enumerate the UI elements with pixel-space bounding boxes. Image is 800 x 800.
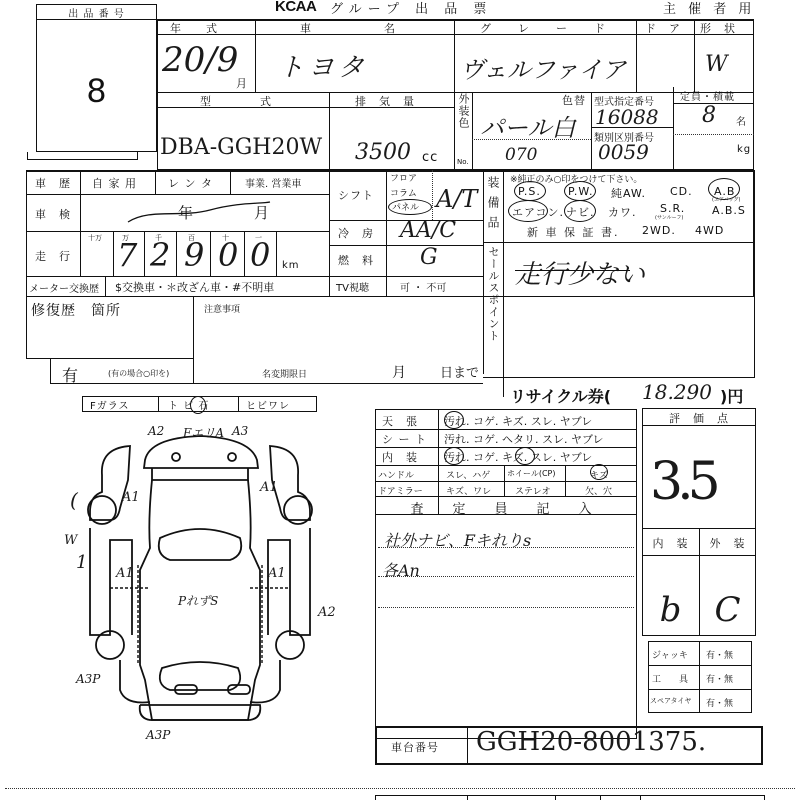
shape-value[interactable]: W	[705, 52, 728, 77]
make-label: 車 名	[300, 20, 405, 36]
airbag-circle	[708, 178, 740, 200]
mark-rear-left[interactable]: A3P	[76, 672, 100, 686]
spare-tire-options[interactable]: 有・無	[706, 696, 733, 709]
mark-left-fender[interactable]: A1	[122, 490, 140, 505]
shift-option-column[interactable]: コラム	[390, 186, 417, 199]
repair-label: 修復歴 箇所	[31, 300, 121, 320]
mark-right-rear[interactable]: A2	[318, 605, 336, 620]
jack-options[interactable]: 有・無	[706, 648, 733, 661]
mark-front-left[interactable]: A2	[148, 424, 164, 438]
pw-circle	[564, 181, 596, 201]
name-change-deadline-label: 名変期限日	[262, 367, 307, 380]
grade-label: グ レ ー ド	[480, 20, 613, 36]
tv-label: TV視聴	[336, 279, 369, 294]
mark-right-door[interactable]: A1	[268, 566, 286, 581]
cut-line	[5, 788, 795, 789]
color-no-label: No.	[457, 158, 469, 166]
mileage-digit[interactable]: 7	[117, 236, 137, 274]
inspector-note-line[interactable]: 社外ナビ、Fキれりs	[384, 528, 531, 551]
ps-circle	[514, 181, 546, 201]
fuel-label: 燃 料	[338, 252, 374, 268]
equipment-alloy-wheel[interactable]: 純AW.	[611, 185, 646, 201]
interior-row-label: 天 張	[382, 413, 418, 429]
mark-left-side-1[interactable]: (	[70, 488, 78, 512]
repair-note: (有の場合○印を)	[108, 368, 169, 379]
interior-row-label: シ ー ト	[382, 431, 427, 447]
sale-points-label: セールスポイント	[487, 246, 500, 342]
color-code[interactable]: 070	[505, 145, 537, 165]
equipment-4wd[interactable]: 4WD	[695, 224, 724, 237]
grade-value[interactable]: ヴェルファイア	[460, 50, 626, 85]
interior-grade-label: 内 装	[642, 535, 699, 551]
model-value[interactable]: DBA-GGH20W	[160, 135, 322, 160]
inspector-label: 査 定 員 記 入	[385, 498, 625, 517]
mark-right-fender[interactable]: A1	[260, 480, 278, 495]
ac-label: 冷 房	[338, 225, 374, 241]
equipment-leather[interactable]: カワ.	[608, 204, 637, 220]
organizer-use-label: 主 催 者 用	[663, 0, 755, 17]
chassis-number-label: 車台番号	[391, 739, 439, 755]
shift-label: シフト	[338, 187, 374, 203]
caution-label: 注意事項	[204, 302, 240, 315]
displacement-unit: cc	[422, 150, 438, 165]
year-value[interactable]: 20/9	[162, 40, 238, 80]
overall-score[interactable]: 3.5	[650, 452, 715, 512]
history-option-private[interactable]: 自 家 用	[92, 175, 137, 191]
mileage-digit[interactable]: 0	[250, 236, 270, 274]
recycle-value[interactable]: 18.290	[642, 380, 712, 404]
tools-options[interactable]: 有・無	[706, 672, 733, 685]
shape-label: 形 状	[700, 20, 736, 36]
equipment-cd[interactable]: CD.	[670, 185, 693, 198]
shift-panel-circle	[388, 199, 432, 215]
equipment-abs[interactable]: A.B.S	[712, 204, 746, 217]
mileage-digit[interactable]: 9	[184, 236, 204, 274]
history-label: 車 歴	[35, 175, 71, 191]
recycle-fee: リサイクル券( 18.290 )円	[510, 382, 760, 406]
windshield-crack-option[interactable]: ヒビワレ	[246, 397, 290, 412]
inspection-label: 車 検	[35, 206, 71, 222]
mileage-digit[interactable]: 0	[218, 236, 238, 274]
capacity-value[interactable]: 8	[702, 103, 716, 128]
type-designation-value[interactable]: 16088	[595, 105, 659, 129]
scratch-circle	[515, 447, 535, 465]
mark-front-right[interactable]: A3	[232, 424, 248, 438]
category-value[interactable]: 0059	[598, 140, 649, 164]
sale-points-value[interactable]: 走行少ない	[515, 254, 645, 291]
jack-label: ジャッキ	[652, 648, 688, 661]
fuel-value[interactable]: G	[420, 245, 438, 270]
deadline-month[interactable]: 月	[392, 362, 407, 382]
capacity-unit: 名	[736, 113, 747, 128]
ac-circle	[508, 200, 548, 222]
displacement-value[interactable]: 3500	[355, 140, 411, 165]
header: KCAA グループ 出 品 票 主 催 者 用	[275, 0, 795, 16]
exterior-grade-value[interactable]: C	[699, 590, 756, 630]
make-value[interactable]: トヨタ	[278, 47, 368, 84]
interior-row-options[interactable]: 汚れ. コゲ. キズ. スレ. ヤブレ	[444, 413, 592, 429]
capacity-label: 定員・積載	[680, 88, 735, 103]
displacement-label: 排 気 量	[355, 93, 415, 109]
recycle-unit: )円	[720, 384, 743, 407]
windshield-glass-label: Fガラス	[90, 397, 129, 412]
lot-number-value: 8	[36, 72, 157, 111]
mileage-digit[interactable]: 2	[150, 236, 170, 274]
tools-label: 工 具	[652, 672, 688, 685]
exterior-grade-label: 外 装	[699, 535, 756, 551]
recycle-label: リサイクル券(	[510, 384, 611, 407]
mileage-label: 走 行	[35, 248, 71, 264]
tv-options[interactable]: 可 ・ 不可	[400, 279, 446, 294]
door-mirror-options[interactable]: キズ、ワレ	[446, 484, 491, 497]
equipment-label: 装備品	[486, 176, 500, 236]
meter-change-options[interactable]: $交換車・＊改ざん車・#不明車	[115, 279, 274, 295]
chip-circle	[190, 396, 206, 414]
brand-logo: KCAA	[275, 0, 316, 15]
interior-grade-value[interactable]: b	[642, 590, 699, 630]
equipment-sunroof-sub: (サンルーフ)	[655, 214, 683, 221]
exterior-color-label: 外装色	[457, 93, 469, 129]
year-label: 年 式	[170, 20, 218, 36]
score-label: 評 価 点	[642, 410, 756, 426]
handle-label: ハンドル	[378, 468, 414, 481]
history-option-rental[interactable]: レ ン タ	[168, 175, 213, 191]
spare-tire-label: スペアタイヤ	[650, 696, 691, 706]
interior-row-options[interactable]: 汚れ. コゲ. ヘタリ. スレ. ヤブレ	[444, 431, 604, 447]
shift-value[interactable]: A/T	[436, 185, 477, 213]
repair-yes-option[interactable]: 有	[62, 363, 79, 386]
mileage-unit: km	[282, 260, 300, 271]
bottom-table-edge	[375, 795, 765, 800]
inspection-strike-mark	[120, 196, 280, 226]
stain-circle	[444, 447, 464, 465]
door-mirror-label: ドアミラー	[378, 484, 423, 497]
ac-value[interactable]: AA/C	[400, 218, 456, 243]
deadline-day[interactable]: 日まで	[440, 362, 479, 381]
month-suffix: 月	[236, 75, 248, 91]
mark-left-side-3[interactable]: 1	[76, 552, 87, 573]
handle-options[interactable]: スレ、ハゲ	[446, 468, 490, 481]
shift-option-floor[interactable]: フロア	[390, 171, 417, 184]
mileage-digit-label: 十万	[88, 233, 102, 243]
wheel-scratch-circle	[590, 464, 608, 480]
stereo-options[interactable]: 欠、穴	[585, 484, 612, 497]
meter-change-label: メーター交換歴	[29, 280, 99, 295]
history-option-business[interactable]: 事業. 営業車	[245, 175, 301, 190]
mark-rear-bumper[interactable]: A3P	[146, 728, 170, 742]
wheel-label: ホイール(CP)	[507, 468, 556, 479]
load-unit: kg	[737, 144, 751, 155]
door-label: ド ア	[645, 20, 681, 36]
mark-left-door[interactable]: A1	[116, 566, 134, 581]
form-title: グループ 出 品 票	[330, 0, 492, 17]
color-change-label: 色替	[562, 92, 586, 108]
lot-number-label: 出 品 番 号	[36, 5, 157, 20]
navi-circle	[564, 200, 596, 222]
mark-left-side-2[interactable]: W	[64, 533, 77, 548]
mark-front-center[interactable]: FエリA	[183, 424, 224, 441]
interior-row-label: 内 装	[382, 449, 418, 465]
stereo-label: ステレオ	[515, 484, 551, 497]
equipment-2wd[interactable]: 2WD.	[642, 224, 676, 237]
equipment-warranty[interactable]: 新 車 保 証 書.	[527, 224, 619, 240]
inspector-note-line[interactable]: 各An	[382, 558, 420, 581]
stain-circle	[444, 411, 464, 429]
color-value[interactable]: パール白	[480, 108, 576, 143]
model-label: 型 式	[200, 93, 272, 109]
mark-roof[interactable]: PれずS	[178, 592, 218, 609]
chassis-number-value[interactable]: GGH20-8001375.	[476, 727, 706, 757]
